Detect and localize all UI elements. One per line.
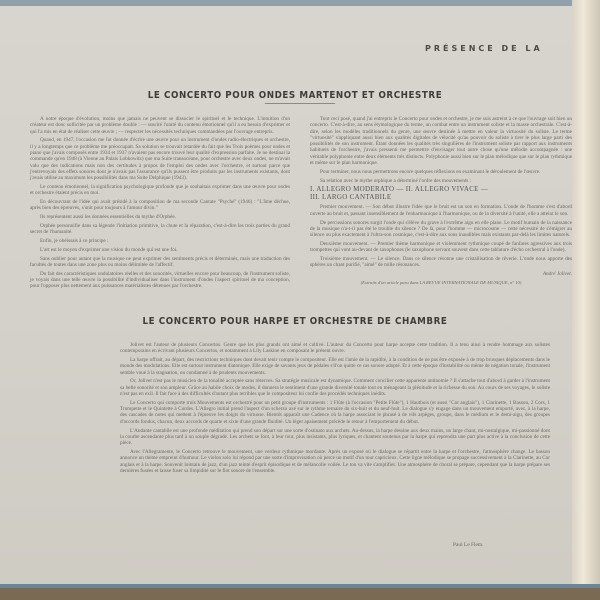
signature-jolivet: André Jolivet.	[310, 271, 572, 277]
movement-note: Troisième mouvement. — Le silence. Dans …	[310, 256, 572, 269]
paragraph: Or, Jolivet n'est pas le musicien de la …	[120, 378, 550, 397]
movement-3: III. LARGO CANTABILE	[310, 193, 391, 201]
paragraph: Jolivet est l'auteur de plusieurs Concer…	[120, 342, 550, 355]
section1-left-column: A notre époque d'évolution, moins que ja…	[30, 116, 290, 292]
source-note: (Extraits d'un article paru dans LA REVU…	[310, 280, 572, 286]
paragraph: Du fait des caractéristiques ondulatoire…	[30, 271, 290, 290]
paragraph: A notre époque d'évolution, moins que ja…	[30, 116, 290, 135]
signature-le-flem: Paul Le Flem.	[453, 542, 483, 548]
paragraph: L'Andante cantabile est une profonde méd…	[120, 428, 550, 447]
paragraph: Le contenu émotionnel, la signification …	[30, 184, 290, 197]
paragraph: Le Concerto qui comporte trois Mouvement…	[120, 400, 550, 425]
movement-note: Premier mouvement. — Son début illustre …	[310, 204, 572, 217]
paragraph: Sa relation avec le mythe orphique a dét…	[310, 178, 572, 184]
paragraph: En découvrant de l'idée qui avait présid…	[30, 199, 290, 212]
movement-2: II. ALLEGRO VIVACE	[406, 185, 479, 193]
paragraph: Quand, en 1947, l'occasion me fut donnée…	[30, 137, 290, 181]
paragraph: La harpe offrait, au départ, des restric…	[120, 357, 550, 376]
paragraph: Pour terminer, nous nous permettrons enc…	[310, 169, 572, 175]
series-header: PRÉSENCE DE LA	[425, 44, 543, 53]
table-surface	[0, 588, 600, 600]
section2-column: Jolivet est l'auteur de plusieurs Concer…	[120, 342, 550, 477]
movement-note: Deuxième mouvement. — Premier thème harm…	[310, 241, 572, 254]
section-title-harpe: LE CONCERTO POUR HARPE ET ORCHESTRE DE C…	[24, 316, 567, 327]
section-title-ondes-martenot: LE CONCERTO POUR ONDES MARTENOT ET ORCHE…	[24, 90, 567, 101]
record-sleeve-back: PRÉSENCE DE LA LE CONCERTO POUR ONDES MA…	[0, 0, 591, 590]
sleeve-top-edge	[0, 0, 590, 6]
sleeve-spine	[572, 0, 600, 588]
paragraph: Enfin, je obéissais à ce principe :	[30, 238, 290, 244]
paragraph: Sans oublier pour autant que la musique …	[30, 256, 290, 269]
title-rule	[265, 103, 335, 104]
paragraph: Avec l'Allegramente, le Concerto retrouv…	[120, 449, 550, 474]
section1-right-column: Tout ceci posé, quand j'ai entrepris le …	[310, 116, 572, 289]
paragraph: Ils représentent aussi les données essen…	[30, 214, 290, 220]
paragraph: Tout ceci posé, quand j'ai entrepris le …	[310, 116, 572, 166]
paragraph: Orphée personnifie dans sa légende l'ini…	[30, 223, 290, 236]
movement-list: I. ALLEGRO MODERATO — II. ALLEGRO VIVACE…	[310, 186, 572, 201]
paragraph: L'art est le moyen d'exprimer une vision…	[30, 247, 290, 253]
movement-note: De percussions sonores surgit l'onde qui…	[310, 220, 572, 239]
